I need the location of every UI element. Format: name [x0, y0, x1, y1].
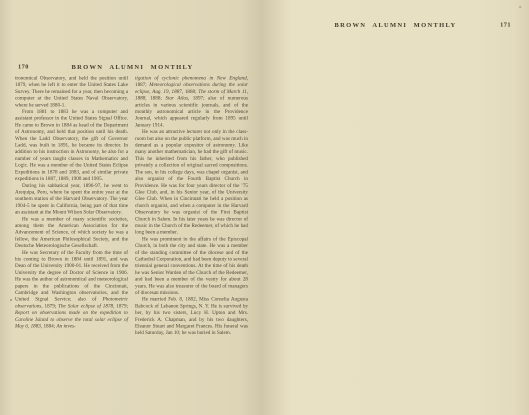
- column-1: tronomical Observatory, and held the pos…: [15, 75, 128, 336]
- page-171: BROWN ALUMNI MONTHLY 171 President Faunc…: [264, 0, 529, 415]
- text-run: , 1888;: [182, 89, 198, 95]
- scan-speck: [10, 299, 12, 301]
- column-2: tigation of cyclonic phenomena in New En…: [135, 75, 248, 336]
- paragraph: He married Feb. 8, 1882, Miss Cornelia A…: [135, 296, 248, 336]
- scan-speck: [519, 6, 522, 8]
- paragraph: From 1881 to 1883 he was a computer and …: [15, 109, 128, 183]
- text-run: , 1879;: [113, 303, 128, 309]
- book-spread-scan: 170 BROWN ALUMNI MONTHLY tronomical Obse…: [0, 0, 529, 415]
- paragraph: He was an attractive lecturer not only i…: [135, 129, 248, 236]
- page-number: 170: [18, 63, 29, 71]
- work-title: The Solar eclipse of 1878: [58, 303, 113, 309]
- text-run: , 1888;: [145, 96, 165, 102]
- paragraph-with-titles: tigation of cyclonic phenomena in New En…: [135, 75, 248, 129]
- paragraph-with-titles: He was Secretary of the Faculty from the…: [15, 249, 128, 329]
- page-number: 171: [500, 21, 511, 29]
- text-run: He was Secretary of the Faculty from the…: [15, 250, 128, 302]
- work-title: tigation of cyclonic phenomena in New En…: [135, 76, 247, 82]
- scan-surface: 170 BROWN ALUMNI MONTHLY tronomical Obse…: [0, 0, 529, 415]
- text-columns: tronomical Observatory, and held the pos…: [15, 75, 248, 336]
- paragraph: He was a member of many scientific socie…: [15, 216, 128, 250]
- work-title: An inves-: [56, 324, 75, 330]
- page-header: BROWN ALUMNI MONTHLY 171: [279, 21, 512, 32]
- page-170: 170 BROWN ALUMNI MONTHLY tronomical Obse…: [0, 0, 264, 415]
- journal-title: BROWN ALUMNI MONTHLY: [17, 63, 248, 71]
- page-header: 170 BROWN ALUMNI MONTHLY: [17, 63, 248, 74]
- paragraph: During his sabbatical year, 1896-97, he …: [15, 182, 128, 216]
- paragraph: He was prominent in the affairs of the E…: [135, 236, 248, 296]
- work-title: Star Atlas: [165, 96, 188, 102]
- text-run: , 1879;: [41, 303, 58, 309]
- paragraph: tronomical Observatory, and held the pos…: [15, 75, 128, 109]
- journal-title: BROWN ALUMNI MONTHLY: [279, 21, 512, 29]
- text-run: , 1884;: [41, 324, 57, 330]
